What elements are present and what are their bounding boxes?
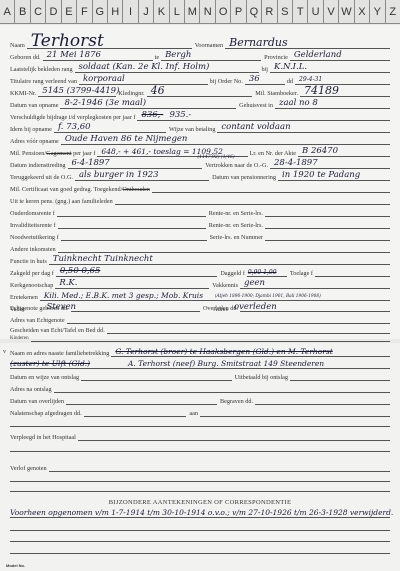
voornamen-label: Voornamen	[192, 42, 225, 49]
row-familie: Naam en adres naaste familiebetrekking G…	[10, 345, 390, 357]
row-noodwet: Noodwetuitkering f Serie-lrs. en Nummer	[10, 229, 390, 241]
blank-line	[10, 491, 390, 492]
akte-label: Lr. en Nr. der Akte	[248, 150, 298, 157]
adres-field: Oude Haven 86 te Nijmegen	[61, 136, 390, 145]
row-zakgeld: Zakgeld per dag f 0,50 0,65 Daggeld f 0,…	[10, 265, 390, 277]
vakkennis-label: Vakkennis	[209, 282, 240, 289]
echtgenote-field	[71, 303, 200, 312]
geboorteplaats-value: Bergh	[165, 51, 191, 60]
opname-label: Datum van opname	[10, 102, 60, 109]
row-nalatenschap: Nalatenschap afgedragen dd. aan	[10, 405, 390, 417]
tab-b[interactable]: B	[15, 0, 30, 24]
adres-ontslag-label: Adres na ontslag	[10, 386, 54, 393]
adres-label: Adres vóór opname	[10, 138, 61, 145]
provincie-field: Gelderland	[290, 52, 390, 61]
tab-w[interactable]: W	[339, 0, 354, 24]
row-naam: Naam Terhorst Voornamen Bernardus	[10, 33, 390, 49]
pensionnering-value: in 1920 te Padang	[282, 171, 360, 180]
familieleden-label: Uit te keren pens. (gng.) aan familieled…	[10, 198, 115, 205]
gehuisvest-value: zaal no 8	[279, 99, 318, 108]
rang-field: soldaat (Kan. 2e Kl. Inf. Holm)	[75, 64, 260, 73]
tab-m[interactable]: M	[185, 0, 200, 24]
betaling-field: contant voldaan	[217, 124, 390, 133]
indienst-field: 6-4-1897	[68, 160, 203, 169]
pensioen-label-b: per jaar f	[73, 150, 95, 157]
verlof-field	[49, 463, 390, 472]
tab-l[interactable]: L	[170, 0, 185, 24]
teruggekeerd-label: Teruggekeerd uit de O.G.	[10, 174, 75, 181]
row-kerk: Kerkgenootschap R.K. Vakkennis geen	[10, 277, 390, 289]
voornamen-value: Bernardus	[229, 37, 288, 48]
certificaat-label-text: Mil. Certificaat van goed gedrag. Toegek…	[10, 186, 122, 193]
aantekeningen-value: Voorheen opgenomen v/m 1-7-1914 t/m 30-1…	[10, 508, 393, 517]
akte-value: B 26470	[302, 147, 338, 156]
nalatenschap-aan-field	[200, 408, 390, 417]
tab-q[interactable]: Q	[247, 0, 262, 24]
tab-s[interactable]: S	[278, 0, 293, 24]
row-teruggekeerd: Teruggekeerd uit de O.G. als burger in 1…	[10, 169, 390, 181]
noodwet-field	[61, 232, 207, 241]
provincie-label: Provincie	[261, 54, 290, 61]
rang-value: soldaat (Kan. 2e Kl. Inf. Holm)	[79, 63, 210, 72]
verlof-label: Verlof genoten	[10, 465, 49, 472]
tab-u[interactable]: U	[308, 0, 323, 24]
familie-field-2: (zuster) te Ulft (Gld.) A. Terhorst (nee…	[10, 360, 390, 369]
uitbetaald-field	[290, 372, 390, 381]
geboorteplaats-field: Bergh	[161, 52, 261, 61]
gehuisvest-label: Gehuisvest in	[236, 102, 275, 109]
indienst-value: 6-4-1897	[72, 159, 110, 168]
adres-echtgenote-label: Adres van Echtgenote	[10, 317, 67, 324]
tab-j[interactable]: J	[139, 0, 154, 24]
noodwet-serie-field	[265, 232, 390, 241]
bijdrage-old-value: 836,-	[141, 111, 163, 120]
idem-value: f. 73,60	[58, 123, 91, 132]
provincie-value: Gelderland	[294, 51, 342, 60]
teruggekeerd-field: als burger in 1923	[75, 172, 209, 181]
tab-v[interactable]: V	[324, 0, 339, 24]
begraven-field	[255, 396, 390, 405]
overlijden-label: Datum van overlijden	[10, 398, 66, 405]
titulaire-value: korporaal	[83, 75, 125, 84]
betaling-label: Wijze van betaling	[166, 126, 217, 133]
kleding-value: 46	[151, 85, 165, 96]
blank-line	[10, 451, 390, 452]
bijdrage-field: 836,- 935.-	[137, 112, 390, 121]
vertrokken-value: 28-4-1897	[274, 159, 318, 168]
row-rang: Laatstelijk bekleden rang soldaat (Kan. …	[10, 61, 390, 73]
daggeld-label: Daggeld f	[217, 270, 247, 277]
certificaat-label: Mil. Certificaat van goed gedrag. Toegek…	[10, 186, 152, 193]
tab-y[interactable]: Y	[370, 0, 385, 24]
onderdeel-field: K.N.I.L.	[270, 64, 390, 73]
row-familieleden: Uit te keren pens. (gng.) aan familieled…	[10, 193, 390, 205]
row-adres-ontslag: Adres na ontslag	[10, 381, 390, 393]
geboren-value: 21 Mei 1876	[47, 51, 101, 60]
blank-line	[10, 553, 390, 554]
row-indienst: Datum indiensttreding 6-4-1897 Vertrokke…	[10, 157, 390, 169]
rang-bij-label: bij	[259, 66, 270, 73]
tab-a[interactable]: A	[0, 0, 15, 24]
invaliditeit-serie-label: Rente-nr. en Serie-lrs.	[206, 222, 265, 229]
kinderen-label: Kinderen	[10, 335, 31, 342]
blank-line	[10, 541, 390, 542]
ouderdom-serie-label: Rente-nr. en Serie-lrs.	[206, 210, 265, 217]
gescheiden-label: Gescheiden van Echt/Tafel en Bed dd.	[10, 327, 107, 334]
naam-label: Naam	[10, 42, 27, 49]
model-number-label: Model No.	[6, 563, 25, 568]
blank-line	[10, 481, 390, 482]
nalatenschap-label: Nalatenschap afgedragen dd.	[10, 410, 84, 417]
row-ouderdom: Ouderdomsrente f Rente-nr. en Serie-lrs.	[10, 205, 390, 217]
andere-field	[58, 244, 390, 253]
row-geboren: Geboren dd. 21 Mei 1876 te Bergh Provinc…	[10, 49, 390, 61]
row-idem: Idem bij opname f. 73,60 Wijze van betal…	[10, 121, 390, 133]
aantekeningen-heading: BIJZONDERE AANTEKENINGEN OF CORRESPONDEN…	[0, 499, 400, 506]
hospitaal-field	[78, 432, 390, 441]
tab-r[interactable]: R	[262, 0, 277, 24]
familieleden-field	[115, 196, 390, 205]
alphabet-tab-bar: A B C D E F G H I J K L M N O P Q R S T …	[0, 0, 400, 24]
kkmi-value: 5145 (3799-4419)	[42, 87, 119, 96]
order-label: bij Order No.	[208, 78, 245, 85]
andere-label: Andere inkomsten	[10, 246, 58, 253]
registration-card-back: v Naam en adres naaste familiebetrekking…	[0, 343, 400, 571]
opname-value: 8-2-1946 (3e maal)	[64, 99, 146, 108]
geboren-te-label: te	[153, 54, 161, 61]
familie-value-2: A. Terhorst (neef) Burg. Smitstraat 149 …	[128, 359, 324, 368]
overlijden-field	[66, 396, 217, 405]
familie-value-1: G. Terhorst (broer) te Haaksbergen (Gld.…	[115, 347, 332, 356]
row-ontslag: Datum en wijze van ontslag Uitbetaald bi…	[10, 369, 390, 381]
voornamen-field: Bernardus	[225, 35, 390, 49]
bijdrage-value: 935.-	[169, 111, 191, 120]
vertrokken-label: Vertrokken naar de O.-G.	[202, 162, 270, 169]
row-verlof: Verlof genoten	[10, 460, 390, 472]
ontslag-label: Datum en wijze van ontslag	[10, 374, 81, 381]
row-familie-2: (zuster) te Ulft (Gld.) A. Terhorst (nee…	[10, 357, 390, 369]
tab-n[interactable]: N	[200, 0, 215, 24]
certificaat-field	[152, 184, 390, 193]
begraven-label: Begraven dd.	[217, 398, 255, 405]
row-kinderen: Kinderen	[10, 334, 390, 342]
functie-value: Tuinknecht Tuinknecht	[53, 255, 153, 264]
uitbetaald-label: Uitbetaald bij ontslag	[232, 374, 290, 381]
rang-label: Laatstelijk bekleden rang	[10, 66, 75, 73]
adres-echtgenote-field	[67, 315, 390, 324]
tab-p[interactable]: P	[231, 0, 246, 24]
row-andere: Andere inkomsten	[10, 241, 390, 253]
row-invaliditeit: Invaliditeitsrente f Rente-nr. en Serie-…	[10, 217, 390, 229]
kinderen-field	[31, 336, 390, 342]
ontslag-field	[81, 372, 232, 381]
tab-g[interactable]: G	[93, 0, 108, 24]
familie-value-2-struck: (zuster) te Ulft (Gld.)	[10, 359, 90, 368]
daggeld-field: 0,90 1,00	[247, 268, 287, 277]
tab-k[interactable]: K	[154, 0, 169, 24]
kerk-field: R.K.	[55, 280, 209, 289]
titulaire-label: Titulaire rang verleend van	[10, 78, 79, 85]
betaling-value: contant voldaan	[221, 123, 290, 132]
stamboeker-label: Mil. Stamboeker.	[252, 90, 300, 97]
vakkennis-field: geen	[240, 280, 390, 289]
adres-value: Oude Haven 86 te Nijmegen	[65, 135, 188, 144]
row-aantekeningen: Voorheen opgenomen v/m 1-7-1914 t/m 30-1…	[10, 506, 390, 518]
pensioen-label-a: Mil. Pensioen/	[10, 150, 46, 157]
kkmi-field: 5145 (3799-4419)	[38, 88, 116, 97]
registration-card-front: Naam Terhorst Voornamen Bernardus Gebore…	[0, 25, 400, 336]
functie-field: Tuinknecht Tuinknecht	[49, 256, 390, 265]
stamboeker-field: 74189	[300, 88, 390, 97]
row-echtgenote: Echtgenote geboren dd. Overleden dd.	[10, 300, 390, 312]
row-bijdrage: Verschuldigde bijdrage t/d verplegkosten…	[10, 109, 390, 121]
ouderdom-serie-field	[265, 208, 390, 217]
ouderdom-field	[57, 208, 206, 217]
nalatenschap-aan-label: aan	[186, 410, 200, 417]
pensioen-label: Mil. Pensioen/Gagement per jaar f	[10, 150, 97, 157]
pensioen-label-struck: Gagement	[46, 150, 71, 157]
kkmi-label: KKMI-Nr.	[10, 90, 38, 97]
ouderdom-label: Ouderdomsrente f	[10, 210, 57, 217]
gescheiden-field	[107, 325, 390, 334]
invaliditeit-serie-field	[265, 220, 390, 229]
nalatenschap-field	[84, 408, 187, 417]
akte-field: B 26470	[298, 148, 390, 157]
eretekenen-value: Kili. Med.; E.B.K. met 3 gesp.; Mob. Kru…	[44, 291, 203, 300]
tab-e[interactable]: E	[62, 0, 77, 24]
indienst-label: Datum indiensttreding	[10, 162, 68, 169]
pensionnering-label: Datum van pensionnering	[209, 174, 278, 181]
idem-field: f. 73,60	[54, 124, 166, 133]
row-functie: Functie in huis Tuinknecht Tuinknecht	[10, 253, 390, 265]
noodwet-label: Noodwetuitkering f	[10, 234, 61, 241]
gehuisvest-field: zaal no 8	[275, 100, 390, 109]
noodwet-serie-label: Serie-lrs. en Nummer	[207, 234, 265, 241]
vakkennis-value: geen	[244, 279, 265, 288]
row-overlijden: Datum van overlijden Begraven dd.	[10, 393, 390, 405]
row-gescheiden: Gescheiden van Echt/Tafel en Bed dd.	[10, 324, 390, 334]
zakgeld-field: 0,50 0,65	[56, 268, 218, 277]
row-opname: Datum van opname 8-2-1946 (3e maal) Gehu…	[10, 97, 390, 109]
hospitaal-label: Verpleegd in het Hospitaal	[10, 434, 78, 441]
invaliditeit-label: Invaliditeitsrente f	[10, 222, 58, 229]
familie-field-1: G. Terhorst (broer) te Haaksbergen (Gld.…	[111, 348, 390, 357]
echtgenote-overleden-field	[240, 303, 390, 312]
order-dd-value: 29-4-31	[299, 77, 322, 83]
geboren-label: Geboren dd.	[10, 54, 43, 61]
tab-x[interactable]: X	[355, 0, 370, 24]
certificaat-label-struck: Onthouden	[122, 186, 150, 193]
order-field: 36	[245, 76, 285, 85]
tab-d[interactable]: D	[46, 0, 61, 24]
toelage-field	[315, 268, 390, 277]
zakgeld-label: Zakgeld per dag f	[10, 270, 56, 277]
adres-ontslag-field	[54, 384, 390, 393]
kerk-label: Kerkgenootschap	[10, 282, 55, 289]
order-value: 36	[249, 75, 260, 84]
aantekeningen-field: Voorheen opgenomen v/m 1-7-1914 t/m 30-1…	[10, 509, 390, 518]
kleding-label: Kledingnr.	[116, 90, 146, 97]
row-adres-echtgenote: Adres van Echtgenote	[10, 312, 390, 324]
toelage-label: Toelage f	[287, 270, 315, 277]
blank-line	[10, 426, 390, 427]
teruggekeerd-value: als burger in 1923	[79, 171, 159, 180]
zakgeld-value: 0,50 0,65	[60, 267, 101, 276]
row-pensioen: Mil. Pensioen/Gagement per jaar f 648,- …	[10, 145, 390, 157]
tab-z[interactable]: Z	[386, 0, 400, 24]
order-dd-label: dd	[285, 78, 295, 85]
row-adres: Adres vóór opname Oude Haven 86 te Nijme…	[10, 133, 390, 145]
idem-label: Idem bij opname	[10, 126, 54, 133]
kleding-field: 46	[147, 88, 253, 97]
stamboeker-value: 74189	[304, 85, 339, 96]
kerk-value: R.K.	[59, 279, 77, 288]
tab-h[interactable]: H	[108, 0, 123, 24]
tab-f[interactable]: F	[77, 0, 92, 24]
row-kkmi: KKMI-Nr. 5145 (3799-4419) Kledingnr. 46 …	[10, 85, 390, 97]
pensionnering-field: in 1920 te Padang	[278, 172, 390, 181]
naam-field: Terhorst	[27, 35, 192, 49]
tab-i[interactable]: I	[123, 0, 138, 24]
functie-label: Functie in huis	[10, 258, 49, 265]
pensioen-field: 648,- + 461,- toeslag = 1109,52 (1147,92…	[97, 148, 247, 157]
echtgenote-overleden-label: Overleden dd.	[200, 305, 240, 312]
geboren-field: 21 Mei 1876	[43, 52, 153, 61]
echtgenote-label: Echtgenote geboren dd.	[10, 305, 71, 312]
daggeld-value: 0,90 1,00	[248, 270, 277, 276]
tab-t[interactable]: T	[293, 0, 308, 24]
row-hospitaal: Verpleegd in het Hospitaal	[10, 429, 390, 441]
familie-label: Naam en adres naaste familiebetrekking	[10, 350, 111, 357]
bijdrage-label: Verschuldigde bijdrage t/d verplegkosten…	[10, 114, 137, 121]
invaliditeit-field	[58, 220, 206, 229]
naam-value: Terhorst	[31, 33, 104, 49]
blank-line	[10, 530, 390, 531]
check-mark-icon: v	[3, 349, 6, 355]
row-certificaat: Mil. Certificaat van goed gedrag. Toegek…	[10, 181, 390, 193]
tab-o[interactable]: O	[216, 0, 231, 24]
onderdeel-value: K.N.I.L.	[274, 63, 307, 72]
vertrokken-field: 28-4-1897	[270, 160, 390, 169]
opname-field: 8-2-1946 (3e maal)	[60, 100, 236, 109]
tab-c[interactable]: C	[31, 0, 46, 24]
titulaire-field: korporaal	[79, 76, 208, 85]
